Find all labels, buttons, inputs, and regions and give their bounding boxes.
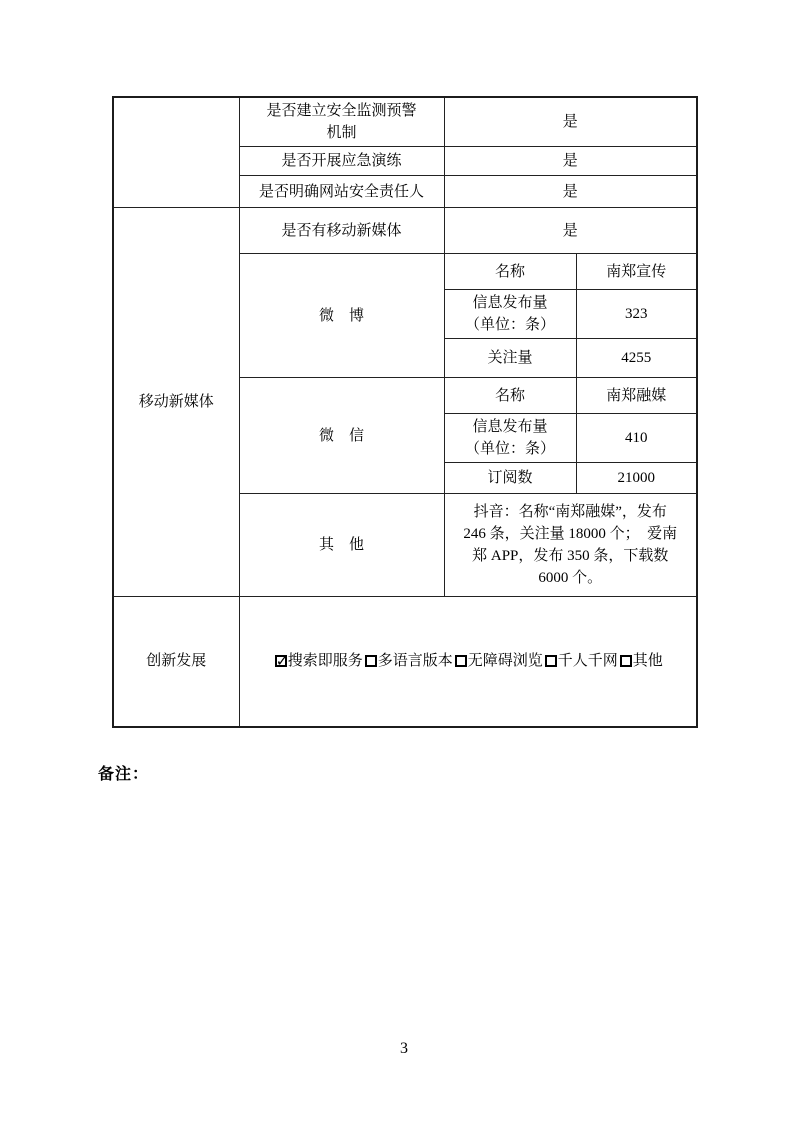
table-row: 移动新媒体 是否有移动新媒体 是 (113, 208, 697, 254)
cell-answer-has-mobile-media: 是 (444, 208, 697, 254)
option-accessibility: 无障碍浏览 (453, 650, 543, 672)
annual-report-table: 是否建立安全监测预警 机制 是 是否开展应急演练 是 是否明确网站安全责任人 是… (112, 96, 698, 728)
remarks-label: 备注： (98, 761, 149, 784)
cell-weibo-posts-label: 信息发布量 （单位：条） (444, 290, 576, 339)
cell-wechat-name-value: 南郑融媒 (576, 378, 697, 414)
cell-wechat-name-label: 名称 (444, 378, 576, 414)
cell-group-other-media: 其 他 (239, 494, 444, 597)
posts-label-line: 信息发布量 (449, 292, 572, 314)
option-search-as-service: 搜索即服务 (273, 650, 363, 672)
checkbox-personalized-web-icon[interactable] (545, 655, 557, 667)
cell-answer-emergency-drill: 是 (444, 147, 697, 176)
cell-wechat-subscribers-value: 21000 (576, 463, 697, 494)
cell-question-monitor-warning: 是否建立安全监测预警 机制 (239, 97, 444, 147)
cell-wechat-subscribers-label: 订阅数 (444, 463, 576, 494)
option-label: 搜索即服务 (288, 653, 363, 669)
question-label-line: 机制 (244, 122, 440, 144)
question-label-line: 是否建立安全监测预警 (244, 100, 440, 122)
option-other: 其他 (618, 650, 663, 672)
posts-label-line: 信息发布量 (449, 416, 572, 438)
cell-group-weibo: 微 博 (239, 254, 444, 378)
cell-weibo-posts-value: 323 (576, 290, 697, 339)
cell-group-blank (113, 97, 239, 208)
posts-label-line: （单位：条） (449, 438, 572, 460)
option-label: 其他 (633, 653, 663, 669)
page-number: 3 (112, 1040, 696, 1058)
cell-weibo-followers-value: 4255 (576, 339, 697, 378)
cell-answer-security-officer: 是 (444, 176, 697, 208)
cell-answer-monitor-warning: 是 (444, 97, 697, 147)
other-media-text-line: 246 条，关注量 18000 个； 爱南 (449, 523, 693, 545)
cell-weibo-name-value: 南郑宣传 (576, 254, 697, 290)
checkbox-other-icon[interactable] (620, 655, 632, 667)
cell-group-wechat: 微 信 (239, 378, 444, 494)
document-page: 是否建立安全监测预警 机制 是 是否开展应急演练 是 是否明确网站安全责任人 是… (0, 0, 793, 1122)
checkbox-accessibility-icon[interactable] (455, 655, 467, 667)
cell-question-security-officer: 是否明确网站安全责任人 (239, 176, 444, 208)
cell-question-has-mobile-media: 是否有移动新媒体 (239, 208, 444, 254)
checkbox-search-as-service-icon[interactable] (275, 655, 287, 667)
cell-other-media-text: 抖音：名称“南郑融媒”，发布 246 条，关注量 18000 个； 爱南 郑 A… (444, 494, 697, 597)
cell-weibo-name-label: 名称 (444, 254, 576, 290)
posts-label-line: （单位：条） (449, 314, 572, 336)
cell-wechat-posts-value: 410 (576, 414, 697, 463)
option-multilingual: 多语言版本 (363, 650, 453, 672)
option-label: 无障碍浏览 (468, 653, 543, 669)
table-row: 是否建立安全监测预警 机制 是 (113, 97, 697, 147)
option-personalized-web: 千人千网 (543, 650, 618, 672)
cell-group-innovation: 创新发展 (113, 597, 239, 727)
cell-wechat-posts-label: 信息发布量 （单位：条） (444, 414, 576, 463)
table-row: 创新发展 搜索即服务多语言版本无障碍浏览千人千网其他 (113, 597, 697, 727)
option-label: 千人千网 (558, 653, 618, 669)
cell-innovation-options: 搜索即服务多语言版本无障碍浏览千人千网其他 (239, 597, 697, 727)
option-label: 多语言版本 (378, 653, 453, 669)
other-media-text-line: 抖音：名称“南郑融媒”，发布 (449, 501, 693, 523)
innovation-options: 搜索即服务多语言版本无障碍浏览千人千网其他 (244, 650, 693, 672)
cell-group-mobile-media: 移动新媒体 (113, 208, 239, 597)
cell-weibo-followers-label: 关注量 (444, 339, 576, 378)
cell-question-emergency-drill: 是否开展应急演练 (239, 147, 444, 176)
checkbox-multilingual-icon[interactable] (365, 655, 377, 667)
other-media-text-line: 6000 个。 (449, 567, 693, 589)
other-media-text-line: 郑 APP，发布 350 条，下载数 (449, 545, 693, 567)
